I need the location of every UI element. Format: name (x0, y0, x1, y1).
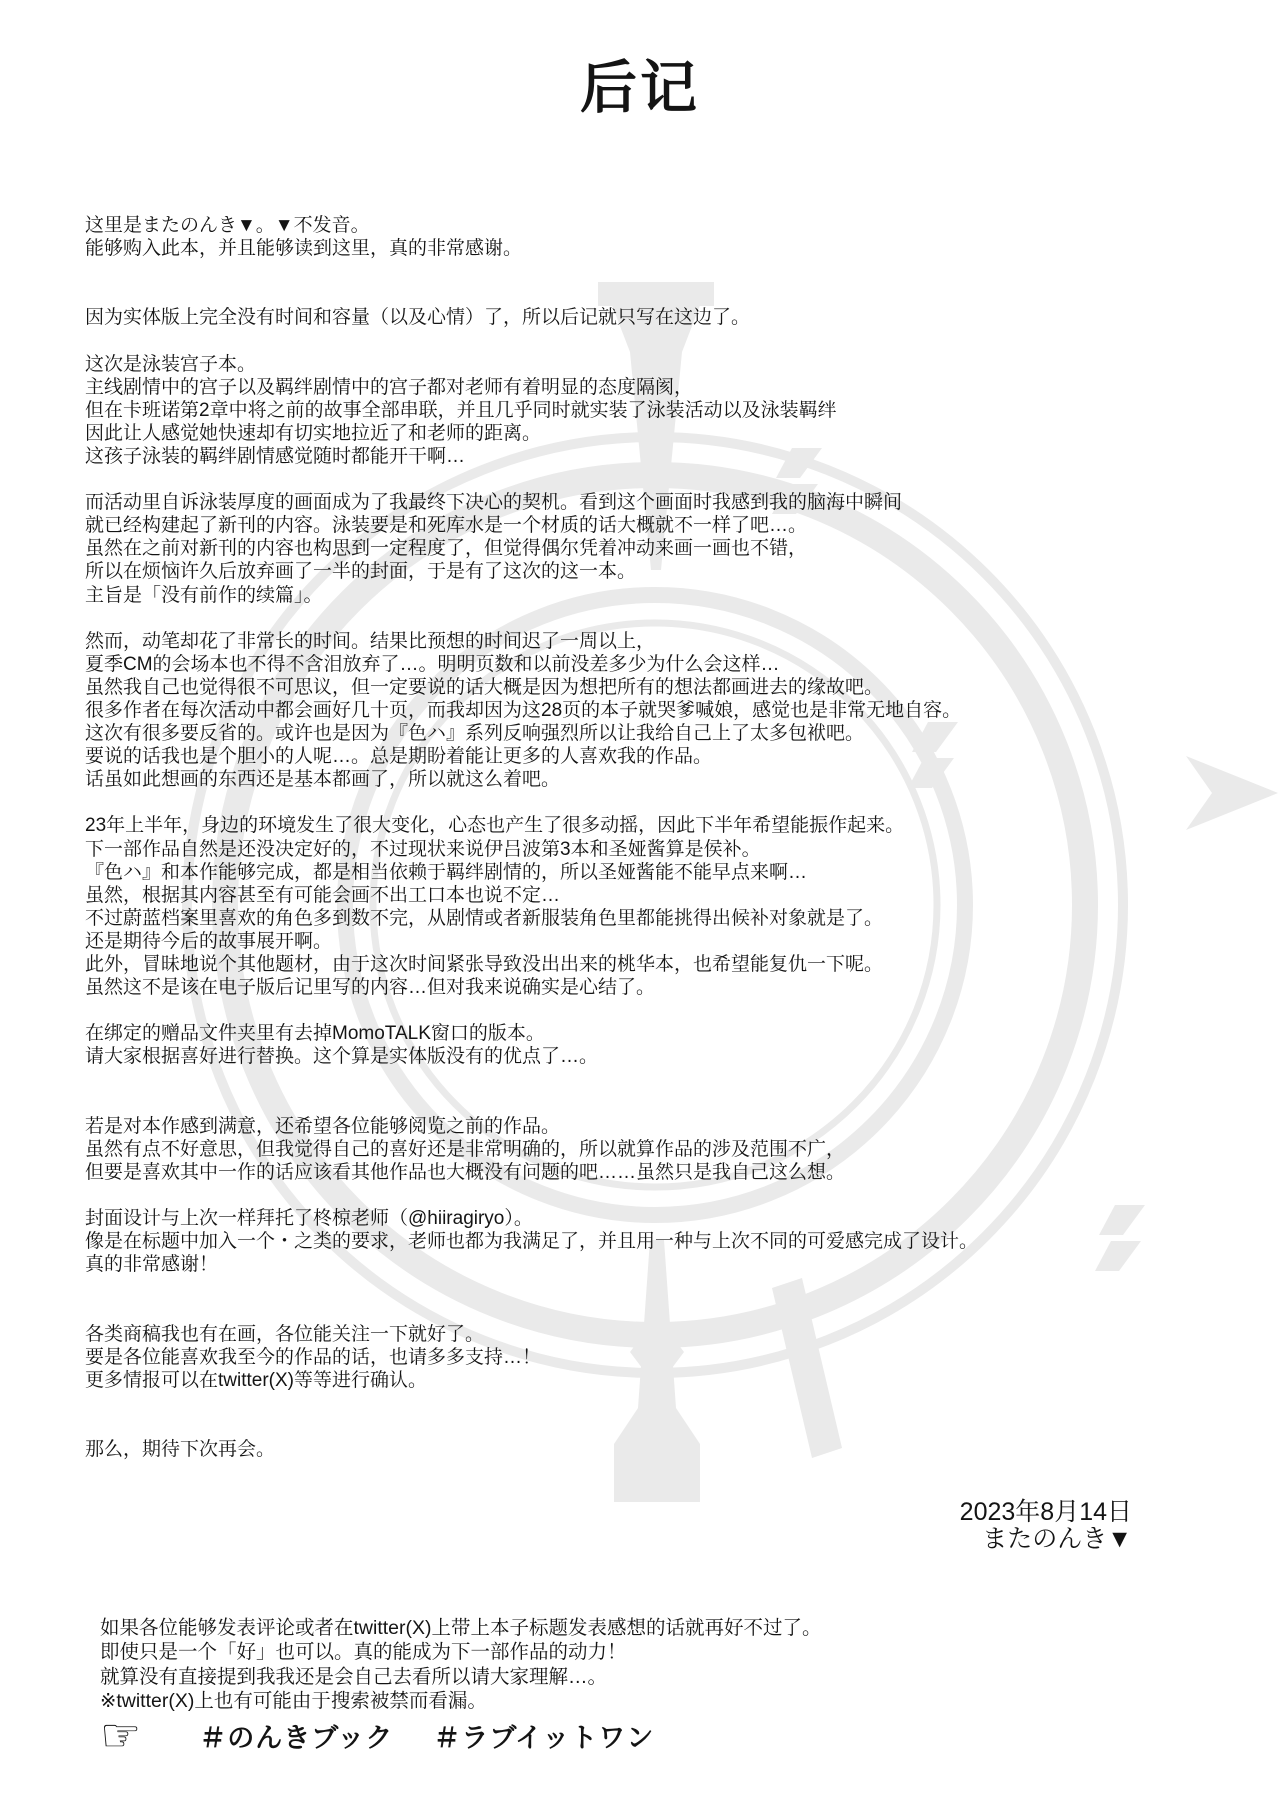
body-line: 但在卡班诺第2章中将之前的故事全部串联，并且几乎同时就实装了泳装活动以及泳装羁绊 (85, 399, 1240, 422)
body-line: 这里是またのんき▼。▼不发音。 (85, 214, 1240, 237)
afterword-page: 后记 这里是またのんき▼。▼不发音。能够购入此本，并且能够读到这里，真的非常感谢… (0, 0, 1280, 1808)
body-line: 要是各位能喜欢我至今的作品的话，也请多多支持…！ (85, 1346, 1240, 1369)
body-line: 各类商稿我也有在画，各位能关注一下就好了。 (85, 1323, 1240, 1346)
body-line: 很多作者在每次活动中都会画好几十页，而我却因为这28页的本子就哭爹喊娘，感觉也是… (85, 699, 1240, 722)
body-line: 真的非常感谢！ (85, 1253, 1240, 1276)
body-line (85, 999, 1240, 1022)
body-line: 『色ハ』和本作能够完成，都是相当依赖于羁绊剧情的，所以圣娅酱能不能早点来啊… (85, 861, 1240, 884)
body-line: 封面设计与上次一样拜托了柊椋老师（@hiiragiryo）。 (85, 1207, 1240, 1230)
footer-line: 如果各位能够发表评论或者在twitter(X)上带上本子标题发表感想的话就再好不… (100, 1616, 1240, 1640)
footer-line: 就算没有直接提到我我还是会自己去看所以请大家理解…。 (100, 1665, 1240, 1689)
afterword-body: 这里是またのんき▼。▼不发音。能够购入此本，并且能够读到这里，真的非常感谢。 因… (85, 214, 1240, 1461)
body-line: 若是对本作感到满意，还希望各位能够阅览之前的作品。 (85, 1115, 1240, 1138)
body-line: 因为实体版上完全没有时间和容量（以及心情）了，所以后记就只写在这边了。 (85, 306, 1240, 329)
hashtag-nonki-book: ＃のんきブック (199, 1716, 393, 1755)
body-line: 虽然我自己也觉得很不可思议，但一定要说的话大概是因为想把所有的想法都画进去的缘故… (85, 676, 1240, 699)
hashtag-row: ☞ ＃のんきブック ＃ラブイットワン (100, 1712, 654, 1758)
body-line: 虽然，根据其内容甚至有可能会画不出工口本也说不定… (85, 884, 1240, 907)
body-line: 还是期待今后的故事展开啊。 (85, 930, 1240, 953)
body-line (85, 1392, 1240, 1415)
body-line: 要说的话我也是个胆小的人呢…。总是期盼着能让更多的人喜欢我的作品。 (85, 745, 1240, 768)
body-line: 这次是泳装宫子本。 (85, 353, 1240, 376)
body-line: 那么，期待下次再会。 (85, 1438, 1240, 1461)
body-line (85, 260, 1240, 283)
footer-line: 即使只是一个「好」也可以。真的能成为下一部作品的动力！ (100, 1640, 1240, 1664)
body-line (85, 283, 1240, 306)
body-line: 这次有很多要反省的。或许也是因为『色ハ』系列反响强烈所以让我给自己上了太多包袱吧… (85, 722, 1240, 745)
date-signature-block: 2023年8月14日 またのんき▼ (960, 1499, 1132, 1553)
date-line: 2023年8月14日 (960, 1499, 1132, 1526)
body-line: 在绑定的赠品文件夹里有去掉MomoTALK窗口的版本。 (85, 1022, 1240, 1045)
body-line: 不过蔚蓝档案里喜欢的角色多到数不完，从剧情或者新服装角色里都能挑得出候补对象就是… (85, 907, 1240, 930)
body-line: 所以在烦恼许久后放弃画了一半的封面，于是有了这次的这一本。 (85, 560, 1240, 583)
body-line: 虽然这不是该在电子版后记里写的内容…但对我来说确实是心结了。 (85, 976, 1240, 999)
body-line: 像是在标题中加入一个・之类的要求，老师也都为我满足了，并且用一种与上次不同的可爱… (85, 1230, 1240, 1253)
body-line: 下一部作品自然是还没决定好的，不过现状来说伊吕波第3本和圣娅酱算是侯补。 (85, 838, 1240, 861)
body-line (85, 791, 1240, 814)
pointing-hand-icon: ☞ (100, 1712, 141, 1758)
body-line: 能够购入此本，并且能够读到这里，真的非常感谢。 (85, 237, 1240, 260)
page-title: 后记 (0, 58, 1280, 120)
body-line: 而活动里自诉泳装厚度的画面成为了我最终下决心的契机。看到这个画面时我感到我的脑海… (85, 491, 1240, 514)
body-line: 但要是喜欢其中一作的话应该看其他作品也大概没有问题的吧……虽然只是我自己这么想。 (85, 1161, 1240, 1184)
body-line: 请大家根据喜好进行替换。这个算是实体版没有的优点了…。 (85, 1045, 1240, 1068)
body-line: 这孩子泳装的羁绊剧情感觉随时都能开干啊… (85, 445, 1240, 468)
body-line (85, 1415, 1240, 1438)
body-line: 23年上半年，身边的环境发生了很大变化，心态也产生了很多动摇，因此下半年希望能振… (85, 814, 1240, 837)
body-line: 因此让人感觉她快速却有切实地拉近了和老师的距离。 (85, 422, 1240, 445)
footer-line: ※twitter(X)上也有可能由于搜索被禁而看漏。 (100, 1689, 1240, 1713)
body-line: 就已经构建起了新刊的内容。泳装要是和死库水是一个材质的话大概就不一样了吧…。 (85, 514, 1240, 537)
signature-line: またのんき▼ (960, 1526, 1132, 1553)
body-line (85, 1068, 1240, 1091)
body-line: 主线剧情中的宫子以及羁绊剧情中的宫子都对老师有着明显的态度隔阂， (85, 376, 1240, 399)
body-line: 虽然有点不好意思，但我觉得自己的喜好还是非常明确的，所以就算作品的涉及范围不广， (85, 1138, 1240, 1161)
body-line: 更多情报可以在twitter(X)等等进行确认。 (85, 1369, 1240, 1392)
body-line (85, 468, 1240, 491)
body-line (85, 1276, 1240, 1299)
body-line (85, 607, 1240, 630)
body-line: 虽然在之前对新刊的内容也构思到一定程度了，但觉得偶尔凭着冲动来画一画也不错， (85, 537, 1240, 560)
footer-notes: 如果各位能够发表评论或者在twitter(X)上带上本子标题发表感想的话就再好不… (100, 1616, 1240, 1714)
body-line (85, 1299, 1240, 1322)
body-line: 主旨是「没有前作的续篇」。 (85, 584, 1240, 607)
hashtag-love-it-one: ＃ラブイットワン (433, 1716, 654, 1755)
body-line (85, 329, 1240, 352)
body-line: 然而，动笔却花了非常长的时间。结果比预想的时间迟了一周以上， (85, 630, 1240, 653)
body-line: 话虽如此想画的东西还是基本都画了，所以就这么着吧。 (85, 768, 1240, 791)
body-line (85, 1184, 1240, 1207)
body-line: 夏季CM的会场本也不得不含泪放弃了…。明明页数和以前没差多少为什么会这样… (85, 653, 1240, 676)
body-line (85, 1092, 1240, 1115)
body-line: 此外，冒昧地说个其他题材，由于这次时间紧张导致没出出来的桃华本，也希望能复仇一下… (85, 953, 1240, 976)
